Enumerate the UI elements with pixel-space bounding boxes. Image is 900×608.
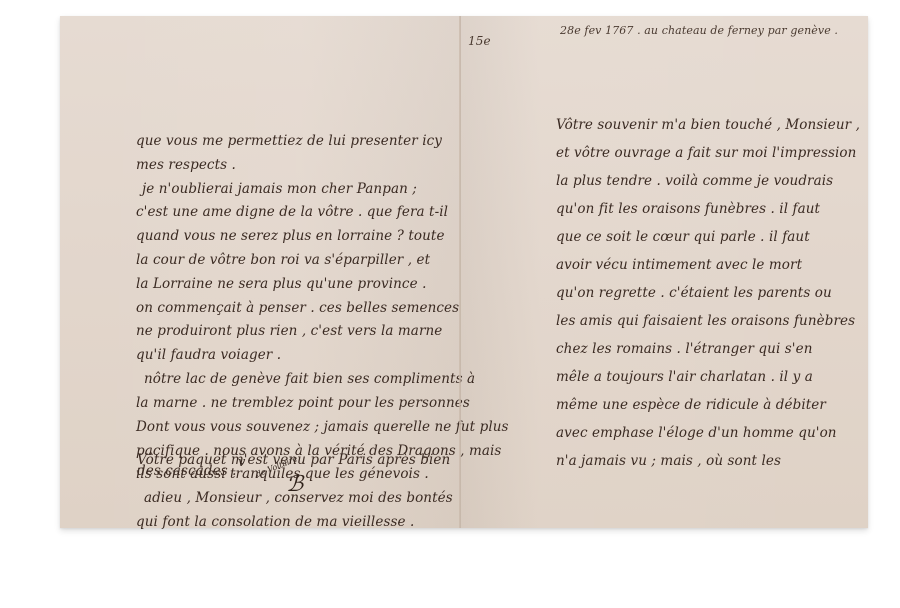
dateline: 28e fev 1767 . au chateau de ferney par … — [560, 24, 838, 37]
right-line-12: avec emphase l'éloge d'un homme qu'on — [556, 425, 837, 441]
left-line-17: qui font la consolation de ma vieillesse… — [136, 514, 414, 530]
closing-mark: v — [238, 455, 245, 470]
right-line-4: qu'on fit les oraisons funèbres . il fau… — [556, 201, 820, 217]
right-line-10: mêle a toujours l'air charlatan . il y a — [556, 369, 813, 385]
left-line-11: nôtre lac de genève fait bien ses compli… — [144, 371, 475, 387]
right-line-2: et vôtre ouvrage a fait sur moi l'impres… — [556, 145, 856, 161]
left-line-8: on commençait à penser . ces belles seme… — [136, 300, 459, 316]
left-line-6: la cour de vôtre bon roi va s'éparpiller… — [136, 252, 430, 268]
left-line-3: je n'oublierai jamais mon cher Panpan ; — [142, 181, 417, 197]
right-line-6: avoir vécu intimement avec le mort — [556, 257, 802, 273]
left-line-5: quand vous ne serez plus en lorraine ? t… — [136, 228, 445, 244]
left-line-9: ne produiront plus rien , c'est vers la … — [136, 323, 442, 339]
right-line-1: Vôtre souvenir m'a bien touché , Monsieu… — [556, 117, 860, 133]
right-line-11: même une espèce de ridicule à débiter — [556, 397, 826, 413]
left-line-2: mes respects . — [136, 157, 236, 173]
right-line-9: chez les romains . l'étranger qui s'en — [556, 341, 813, 357]
left-line-7: la Lorraine ne sera plus qu'une province… — [136, 276, 426, 292]
left-line-10: qu'il faudra voiager . — [136, 347, 281, 363]
right-line-13: n'a jamais vu ; mais , où sont les — [556, 453, 781, 469]
left-line-19: des cascades . — [137, 463, 237, 479]
right-line-5: que ce soit le cœur qui parle . il faut — [556, 229, 810, 245]
page-number: 15e — [468, 34, 491, 48]
right-line-3: la plus tendre . voilà comme je voudrais — [556, 173, 833, 189]
right-page: 15e 28e fev 1767 . au chateau de ferney … — [460, 16, 868, 528]
right-line-8: les amis qui faisaient les oraisons funè… — [556, 313, 855, 329]
left-line-13: Dont vous vous souvenez ; jamais querell… — [136, 419, 509, 435]
left-line-4: c'est une ame digne de la vôtre . que fe… — [136, 204, 448, 220]
left-line-1: que vous me permettiez de lui presenter … — [136, 133, 442, 149]
signature-flourish: ℬ — [286, 472, 303, 497]
left-line-12: la marne . ne tremblez point pour les pe… — [136, 395, 470, 411]
right-line-7: qu'on regrette . c'étaient les parents o… — [556, 285, 832, 301]
